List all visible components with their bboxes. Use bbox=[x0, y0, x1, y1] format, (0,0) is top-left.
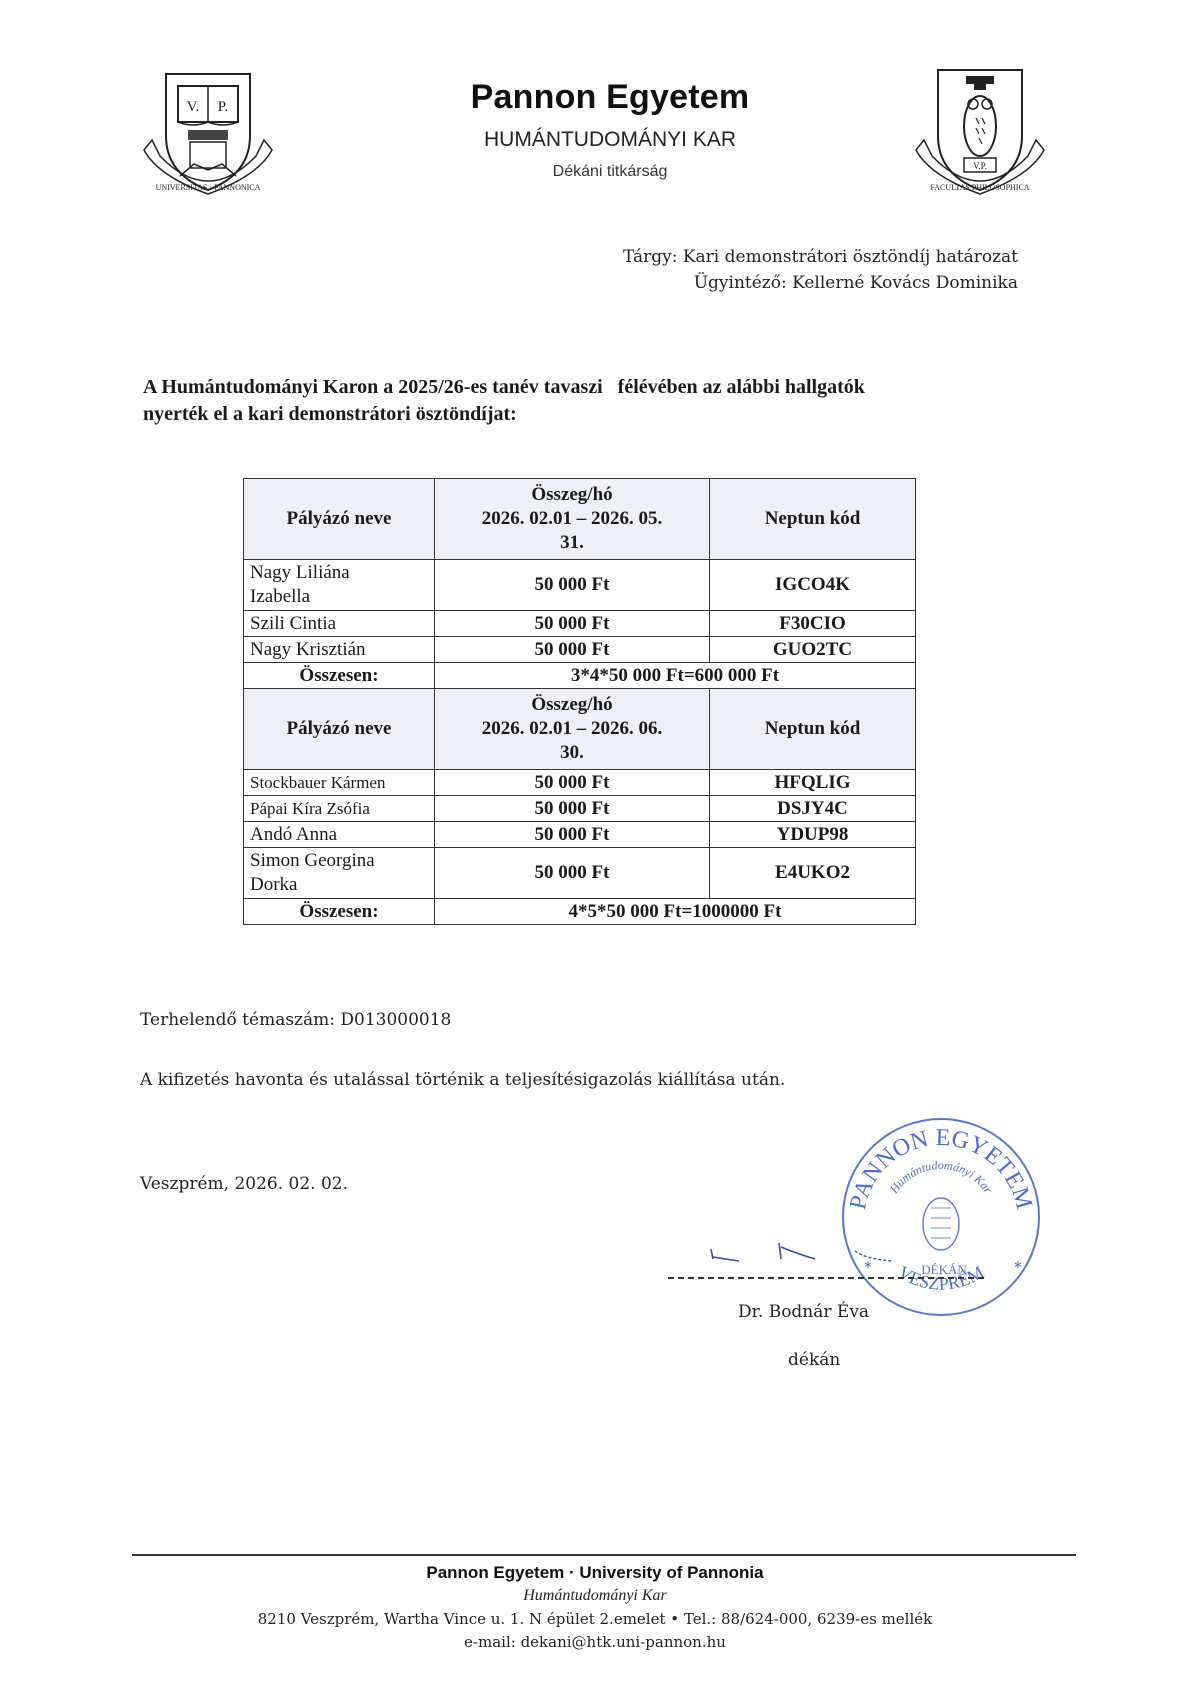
footer-faculty: Humántudományi Kar bbox=[0, 1587, 1190, 1605]
applicant-name: Andó Anna bbox=[244, 822, 435, 848]
header-amount-line: Összeg/hó bbox=[441, 483, 703, 507]
office-name: Dékáni titkárság bbox=[0, 163, 1190, 181]
total-label: Összesen: bbox=[244, 663, 435, 689]
table-row: Szili Cintia50 000 FtF30CIO bbox=[244, 611, 916, 637]
header-amount-period: Összeg/hó2026. 02.01 – 2026. 06.30. bbox=[435, 689, 710, 770]
table-row: Pápai Kíra Zsófia50 000 FtDSJY4C bbox=[244, 796, 916, 822]
footer-divider bbox=[132, 1554, 1076, 1556]
svg-text:Humántudományi Kar: Humántudományi Kar bbox=[886, 1158, 995, 1197]
total-value: 3*4*50 000 Ft=600 000 Ft bbox=[435, 663, 916, 689]
svg-text:*: * bbox=[865, 1260, 872, 1276]
intro-line1-b: félévében az alábbi hallgatók bbox=[618, 376, 865, 398]
footer-address: 8210 Veszprém, Wartha Vince u. 1. N épül… bbox=[0, 1610, 1190, 1628]
table-row: Nagy Krisztián50 000 FtGUO2TC bbox=[244, 637, 916, 663]
neptun-code: GUO2TC bbox=[710, 637, 916, 663]
header-amount-period: Összeg/hó2026. 02.01 – 2026. 05.31. bbox=[435, 479, 710, 560]
applicant-name: Stockbauer Kármen bbox=[244, 770, 435, 796]
applicant-name-line: Izabella bbox=[250, 585, 428, 609]
awards-table: Pályázó neveÖsszeg/hó2026. 02.01 – 2026.… bbox=[243, 478, 916, 925]
faculty-name: HUMÁNTUDOMÁNYI KAR bbox=[0, 128, 1190, 152]
payment-note: A kifizetés havonta és utalással történi… bbox=[140, 1070, 785, 1090]
footer-institution: Pannon Egyetem · University of Pannonia bbox=[0, 1563, 1190, 1583]
official-stamp-icon: PANNON EGYETEM Humántudományi Kar * * DÉ… bbox=[836, 1112, 1046, 1322]
applicant-name-line: Szili Cintia bbox=[250, 612, 428, 636]
svg-text:UNIVERSITAS · PANNONICA: UNIVERSITAS · PANNONICA bbox=[156, 183, 261, 192]
monthly-amount: 50 000 Ft bbox=[435, 770, 710, 796]
subject-line: Tárgy: Kari demonstrátori ösztöndíj hatá… bbox=[623, 247, 1018, 267]
neptun-code: F30CIO bbox=[710, 611, 916, 637]
neptun-code: HFQLIG bbox=[710, 770, 916, 796]
applicant-name: Nagy Krisztián bbox=[244, 637, 435, 663]
neptun-code: YDUP98 bbox=[710, 822, 916, 848]
neptun-code: DSJY4C bbox=[710, 796, 916, 822]
svg-text:FACULTAS PHILOSOPHICA: FACULTAS PHILOSOPHICA bbox=[930, 183, 1029, 192]
applicant-name-line: Andó Anna bbox=[250, 823, 428, 847]
footer-email: e-mail: dekani@htk.uni-pannon.hu bbox=[0, 1633, 1190, 1651]
applicant-name: Nagy LiliánaIzabella bbox=[244, 560, 435, 611]
monthly-amount: 50 000 Ft bbox=[435, 848, 710, 899]
institution-title: Pannon Egyetem bbox=[0, 78, 1190, 117]
signatory-name: Dr. Bodnár Éva bbox=[738, 1302, 869, 1322]
applicant-name: Pápai Kíra Zsófia bbox=[244, 796, 435, 822]
applicant-name-line: Nagy Liliána bbox=[250, 561, 428, 585]
monthly-amount: 50 000 Ft bbox=[435, 822, 710, 848]
applicant-name: Szili Cintia bbox=[244, 611, 435, 637]
table-total-row: Összesen:4*5*50 000 Ft=1000000 Ft bbox=[244, 899, 916, 925]
signatory-role: dékán bbox=[788, 1350, 840, 1370]
header-neptun-code: Neptun kód bbox=[710, 479, 916, 560]
place-date: Veszprém, 2026. 02. 02. bbox=[140, 1174, 348, 1194]
intro-line1-a: A Humántudományi Karon a 2025/26-es tané… bbox=[143, 376, 603, 398]
header-amount-line: 30. bbox=[441, 741, 703, 765]
svg-text:*: * bbox=[1015, 1260, 1022, 1276]
intro-paragraph: A Humántudományi Karon a 2025/26-es tané… bbox=[143, 374, 1043, 428]
header-applicant-name: Pályázó neve bbox=[244, 479, 435, 560]
table-row: Simon GeorginaDorka50 000 FtE4UKO2 bbox=[244, 848, 916, 899]
applicant-name-line: Simon Georgina bbox=[250, 849, 428, 873]
monthly-amount: 50 000 Ft bbox=[435, 637, 710, 663]
table-header-row: Pályázó neveÖsszeg/hó2026. 02.01 – 2026.… bbox=[244, 479, 916, 560]
table-total-row: Összesen:3*4*50 000 Ft=600 000 Ft bbox=[244, 663, 916, 689]
applicant-name-line: Dorka bbox=[250, 873, 428, 897]
header-amount-line: 2026. 02.01 – 2026. 06. bbox=[441, 717, 703, 741]
monthly-amount: 50 000 Ft bbox=[435, 611, 710, 637]
header-amount-line: Összeg/hó bbox=[441, 693, 703, 717]
neptun-code: IGCO4K bbox=[710, 560, 916, 611]
table-row: Andó Anna50 000 FtYDUP98 bbox=[244, 822, 916, 848]
total-value: 4*5*50 000 Ft=1000000 Ft bbox=[435, 899, 916, 925]
table-header-row: Pályázó neveÖsszeg/hó2026. 02.01 – 2026.… bbox=[244, 689, 916, 770]
header-amount-line: 31. bbox=[441, 531, 703, 555]
header-amount-line: 2026. 02.01 – 2026. 05. bbox=[441, 507, 703, 531]
table-row: Nagy LiliánaIzabella50 000 FtIGCO4K bbox=[244, 560, 916, 611]
table-row: Stockbauer Kármen50 000 FtHFQLIG bbox=[244, 770, 916, 796]
intro-line2: nyerték el a kari demonstrátori ösztöndí… bbox=[143, 403, 517, 425]
applicant-name-line: Pápai Kíra Zsófia bbox=[250, 797, 428, 821]
monthly-amount: 50 000 Ft bbox=[435, 796, 710, 822]
neptun-code: E4UKO2 bbox=[710, 848, 916, 899]
applicant-name: Simon GeorginaDorka bbox=[244, 848, 435, 899]
project-code: Terhelendő témaszám: D013000018 bbox=[140, 1010, 451, 1030]
header-applicant-name: Pályázó neve bbox=[244, 689, 435, 770]
header-neptun-code: Neptun kód bbox=[710, 689, 916, 770]
signature-line bbox=[668, 1277, 984, 1279]
handler-line: Ügyintéző: Kellerné Kovács Dominika bbox=[694, 273, 1018, 293]
total-label: Összesen: bbox=[244, 899, 435, 925]
applicant-name-line: Stockbauer Kármen bbox=[250, 771, 428, 795]
monthly-amount: 50 000 Ft bbox=[435, 560, 710, 611]
applicant-name-line: Nagy Krisztián bbox=[250, 638, 428, 662]
